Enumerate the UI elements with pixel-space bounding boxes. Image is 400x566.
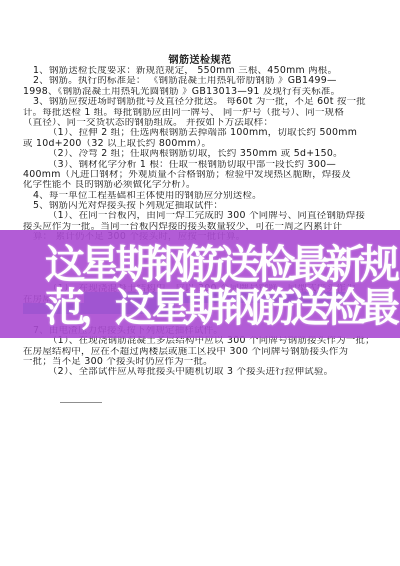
document-line: 400mm（凡进口钢材；外观质量不合格钢筋；检验中发现热区脆断，焊接及 (0, 170, 394, 180)
document-line: 化学性能不 良的钢筋必须做化学分析）。 (0, 180, 394, 190)
document-line: 2、钢筋。执行的标准是： 《钢筋混凝土用热轧带肋钢筋 》GB1499— (0, 76, 394, 86)
document-line: 或 10d+200（32 以上取长约 800mm）。 (0, 139, 394, 149)
document-line: 4、每一单位工程基础和主体使用的钢筋应分别送检。 (0, 191, 394, 201)
document-line: （2）、冷弯 2 组；任取两根钢筋切取，长约 350mm 或 5d+150。 (0, 149, 394, 159)
document-line: 3、钢筋应按进场时钢筋批号及直径分批送。 每60t 为一批，不足 60t 按一批 (0, 97, 394, 107)
document-page: 钢筋送检规范 1、钢筋送检长度要求：新规范规定， 550mm 三根、450mm … (0, 0, 400, 566)
document-line: （1）、拉伸 2 组；任选两根钢筋去掉端部 100mm，切取长约 500mm (0, 128, 394, 138)
document-line: （3）、钢材化学分析 1 根：任取一根钢筋切取中部一段长约 300— (0, 160, 394, 170)
footnote-divider-line (60, 402, 102, 403)
document-line: 在房屋结构中，应在不超过两楼层或施工区段中 300 个同牌号钢筋接头作为 (0, 347, 394, 357)
overlay-headline-line2: 范，这星期钢筋送检最 (40, 287, 400, 330)
document-line: 计。每批送检 1 组。每批钢筋应由同一牌号、 同一炉号（批号）、同一规格 (0, 108, 394, 118)
headline-overlay-band: 这星期钢筋送检最新规 范，这星期钢筋送检最 (0, 230, 400, 338)
document-line: 1998、《钢筋混凝土用热轧光圆钢筋 》GB13013—91 及现行有关标准。 (0, 87, 394, 97)
overlay-headline-line1: 这星期钢筋送检最新规 (40, 244, 400, 287)
document-line: 1、钢筋送检长度要求：新规范规定， 550mm 三根、450mm 两根。 (0, 66, 394, 76)
document-line: （2）、全部试件应从每批接头中随机切取 3 个接头进行拉伸试验。 (0, 367, 394, 377)
document-line: （直径）、同一交货状态的钢筋组成。 并按如下方法取样： (0, 118, 394, 128)
document-line: 一批；当不足 300 个接头时仍应作为一批。 (0, 357, 394, 367)
document-line: （1）、在同一台板内，由同一焊工完成的 300 个同牌号、同直径钢筋焊接 (0, 211, 394, 221)
document-line: 5、钢筋闪光对焊接头按下列规定抽取试件： (0, 201, 394, 211)
document-title: 钢筋送检规范 (0, 51, 400, 66)
